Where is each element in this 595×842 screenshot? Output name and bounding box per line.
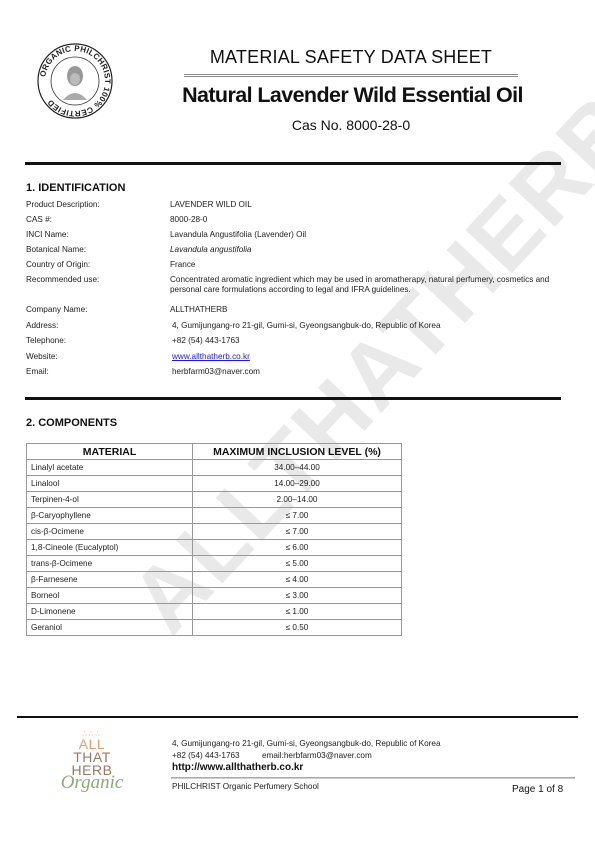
material-cell: β-Caryophyllene [27,508,193,524]
footer-phone: +82 (54) 443-1763 [172,751,240,760]
field-label: Recommended use: [26,275,99,284]
inclusion-level-cell: 34.00–44.00 [193,460,402,476]
table-row: trans-β-Ocimene≤ 5.00 [27,556,402,572]
inclusion-level-cell: ≤ 3.00 [193,588,402,604]
field-value: 8000-28-0 [170,215,570,225]
section-divider [25,397,561,400]
footer-inner-divider [171,777,575,779]
material-cell: Geraniol [27,620,193,636]
certified-seal-icon: ORGANIC PHILCHRIST 100% CERTIFIED [36,42,114,120]
inclusion-level-cell: ≤ 1.00 [193,604,402,620]
field-label: Website: [26,352,58,361]
table-row: D-Limonene≤ 1.00 [27,604,402,620]
page-number: Page 1 of 8 [512,784,563,795]
field-label: Telephone: [26,336,66,345]
material-cell: Linalyl acetate [27,460,193,476]
inclusion-level-cell: ≤ 6.00 [193,540,402,556]
material-cell: Terpinen-4-ol [27,492,193,508]
column-header-material: MATERIAL [27,444,193,460]
field-value: herbfarm03@naver.com [172,367,572,377]
table-row: Terpinen-4-ol2.00–14.00 [27,492,402,508]
field-label: Product Description: [26,200,100,209]
field-label: INCI Name: [26,230,69,239]
material-cell: D-Limonene [27,604,193,620]
field-value: 4, Gumijungang-ro 21-gil, Gumi-si, Gyeon… [172,321,572,331]
logo-line: Organic [52,775,132,791]
section-components-title: 2. COMPONENTS [26,417,117,429]
footer-address: 4, Gumijungang-ro 21-gil, Gumi-si, Gyeon… [172,739,441,748]
cas-number: Cas No. 8000-28-0 [250,117,452,133]
field-value: Concentrated aromatic ingredient which m… [170,275,570,295]
footer-divider [17,716,578,718]
column-header-level: MAXIMUM INCLUSION LEVEL (%) [193,444,402,460]
field-value: LAVENDER WILD OIL [170,200,570,210]
footer-email: email:herbfarm03@naver.com [262,751,372,760]
field-value: France [170,260,570,270]
product-title: Natural Lavender Wild Essential Oil [180,83,525,108]
field-label: Country of Origin: [26,260,90,269]
section-identification-title: 1. IDENTIFICATION [26,182,125,194]
field-value: +82 (54) 443-1763 [172,336,572,346]
material-cell: 1,8-Cineole (Eucalyptol) [27,540,193,556]
field-label: Company Name: [26,305,87,314]
allthatherb-logo: ∴∴∴ ALL THAT HERB Organic [52,731,132,801]
field-label: Email: [26,367,49,376]
table-row: Geraniol≤ 0.50 [27,620,402,636]
field-label: Address: [26,321,58,330]
inclusion-level-cell: ≤ 7.00 [193,524,402,540]
website-link[interactable]: www.allthatherb.co.kr [172,352,250,361]
table-row: β-Caryophyllene≤ 7.00 [27,508,402,524]
field-value: ALLTHATHERB [170,305,570,315]
inclusion-level-cell: 14.00–29.00 [193,476,402,492]
title-divider [184,74,518,77]
table-row: Linalool14.00–29.00 [27,476,402,492]
components-table: MATERIAL MAXIMUM INCLUSION LEVEL (%) Lin… [26,443,402,636]
inclusion-level-cell: ≤ 4.00 [193,572,402,588]
field-value: Lavandula angustifolia [170,245,570,255]
table-row: cis-β-Ocimene≤ 7.00 [27,524,402,540]
material-cell: cis-β-Ocimene [27,524,193,540]
field-label: CAS #: [26,215,52,224]
table-row: β-Farnesene≤ 4.00 [27,572,402,588]
material-cell: Linalool [27,476,193,492]
material-cell: trans-β-Ocimene [27,556,193,572]
table-row: 1,8-Cineole (Eucalyptol)≤ 6.00 [27,540,402,556]
inclusion-level-cell: ≤ 5.00 [193,556,402,572]
table-header-row: MATERIAL MAXIMUM INCLUSION LEVEL (%) [27,444,402,460]
material-cell: β-Farnesene [27,572,193,588]
inclusion-level-cell: ≤ 7.00 [193,508,402,524]
inclusion-level-cell: ≤ 0.50 [193,620,402,636]
table-row: Borneol≤ 3.00 [27,588,402,604]
table-row: Linalyl acetate34.00–44.00 [27,460,402,476]
document-type: MATERIAL SAFETY DATA SHEET [186,47,516,68]
field-value: Lavandula Angustifolia (Lavender) Oil [170,230,570,240]
material-cell: Borneol [27,588,193,604]
footer-school: PHILCHRIST Organic Perfumery School [172,782,319,791]
section-divider [25,162,561,165]
inclusion-level-cell: 2.00–14.00 [193,492,402,508]
field-label: Botanical Name: [26,245,86,254]
footer-website[interactable]: http://www.allthatherb.co.kr [172,762,303,773]
